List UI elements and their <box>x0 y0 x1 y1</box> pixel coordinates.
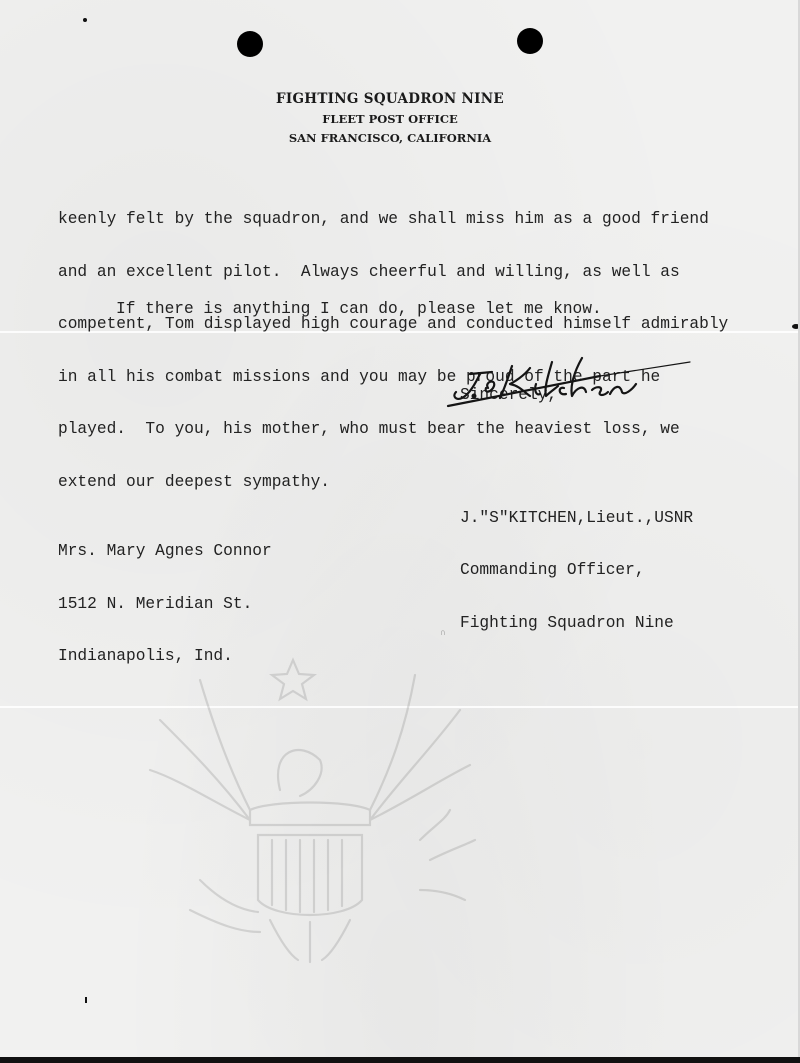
body-line: competent, Tom displayed high courage an… <box>58 316 728 334</box>
handwritten-signature <box>440 352 700 412</box>
punch-hole-left <box>237 31 263 57</box>
letterhead-unit: FIGHTING SQUADRON NINE <box>0 88 780 110</box>
signer-title: Commanding Officer, <box>460 562 693 580</box>
closing-paragraph: If there is anything I can do, please le… <box>116 300 602 318</box>
punch-hole-right <box>517 28 543 54</box>
typed-name: J."S"KITCHEN,Lieut.,USNR <box>460 510 693 528</box>
eagle-seal-icon <box>130 650 490 970</box>
ink-speck <box>85 997 87 1003</box>
body-line: and an excellent pilot. Always cheerful … <box>58 264 728 282</box>
signer-unit: Fighting Squadron Nine <box>460 615 693 633</box>
body-line: keenly felt by the squadron, and we shal… <box>58 211 728 229</box>
letter-page: FIGHTING SQUADRON NINE FLEET POST OFFICE… <box>0 0 800 1063</box>
recipient-name: Mrs. Mary Agnes Connor <box>58 543 272 561</box>
scan-border <box>0 1057 800 1063</box>
letterhead-location: SAN FRANCISCO, CALIFORNIA <box>0 129 780 148</box>
letterhead-office: FLEET POST OFFICE <box>0 110 780 129</box>
paper-mark: ∩ <box>440 628 446 637</box>
recipient-street: 1512 N. Meridian St. <box>58 596 272 614</box>
letterhead: FIGHTING SQUADRON NINE FLEET POST OFFICE… <box>0 88 780 148</box>
ink-speck <box>83 18 87 22</box>
